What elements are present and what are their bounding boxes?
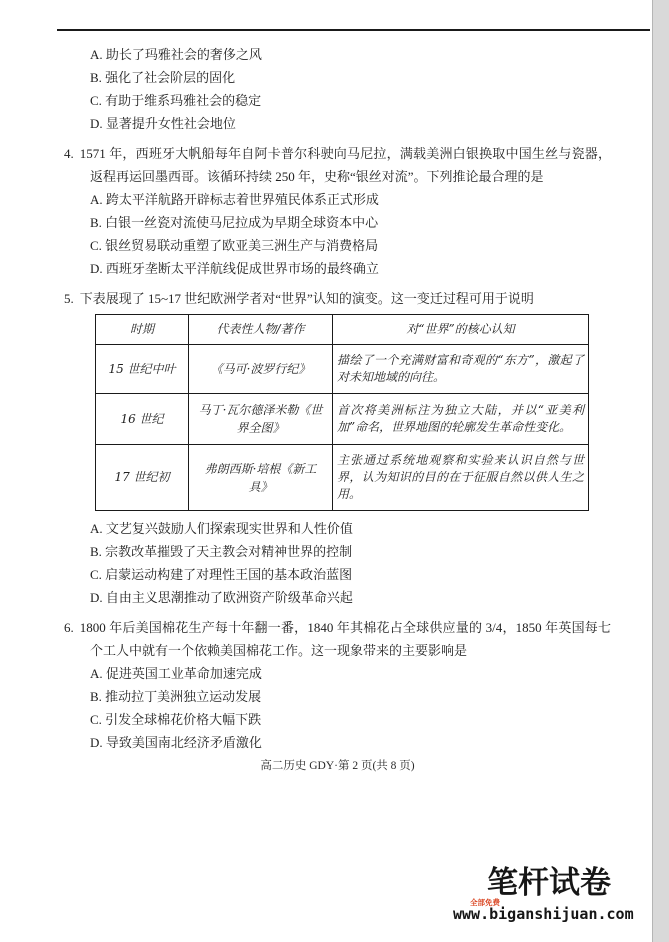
exam-paper-page: { "page": { "footer": "高二历史 GDY·第 2 页(共 … bbox=[0, 0, 669, 942]
option-b: B. 白银一丝瓷对流使马尼拉成为早期全球资本中心 bbox=[90, 211, 611, 234]
option-d: D. 显著提升女性社会地位 bbox=[90, 112, 611, 135]
option-c: C. 银丝贸易联动重塑了欧亚美三洲生产与消费格局 bbox=[90, 234, 611, 257]
question5-stem: 5.下表展现了 15~17 世纪欧洲学者对“世界”认知的演变。这一变迁过程可用于… bbox=[64, 287, 611, 310]
table-row: 15 世纪中叶 《马可·波罗行纪》 描绘了一个充满财富和奇观的“东方”，激起了对… bbox=[96, 345, 589, 394]
question4-options: A. 跨太平洋航路开辟标志着世界殖民体系正式形成 B. 白银一丝瓷对流使马尼拉成… bbox=[64, 188, 611, 280]
cell-view: 首次将美洲标注为独立大陆，并以“亚美利加”命名，世界地图的轮廓发生革命性变化。 bbox=[333, 394, 589, 445]
cell-figure: 弗朗西斯·培根《新工具》 bbox=[189, 445, 333, 511]
cell-view: 主张通过系统地观察和实验来认识自然与世界，认为知识的目的在于征服自然以供人生之用… bbox=[333, 445, 589, 511]
scan-edge-shadow bbox=[652, 0, 669, 942]
option-a: A. 文艺复兴鼓励人们探索现实世界和人性价值 bbox=[90, 517, 611, 540]
question5-options: A. 文艺复兴鼓励人们探索现实世界和人性价值 B. 宗教改革摧毁了天主教会对精神… bbox=[64, 517, 611, 609]
question6-stem: 6.1800 年后美国棉花生产每十年翻一番，1840 年其棉花占全球供应量的 3… bbox=[64, 616, 611, 662]
option-d: D. 自由主义思潮推动了欧洲资产阶级革命兴起 bbox=[90, 586, 611, 609]
question6-options: A. 促进英国工业革命加速完成 B. 推动拉丁美洲独立运动发展 C. 引发全球棉… bbox=[64, 662, 611, 754]
question-4: 4.1571 年，西班牙大帆船每年自阿卡普尔科驶向马尼拉，满载美洲白银换取中国生… bbox=[64, 142, 611, 280]
option-b: B. 推动拉丁美洲独立运动发展 bbox=[90, 685, 611, 708]
option-c: C. 启蒙运动构建了对理性王国的基本政治蓝图 bbox=[90, 563, 611, 586]
cell-period: 17 世纪初 bbox=[96, 445, 189, 511]
header-view: 对“世界”的核心认知 bbox=[333, 315, 589, 345]
question-5: 5.下表展现了 15~17 世纪欧洲学者对“世界”认知的演变。这一变迁过程可用于… bbox=[64, 287, 611, 609]
question-text: 下表展现了 15~17 世纪欧洲学者对“世界”认知的演变。这一变迁过程可用于说明 bbox=[80, 291, 534, 306]
option-d: D. 西班牙垄断太平洋航线促成世界市场的最终确立 bbox=[90, 257, 611, 280]
option-a: A. 助长了玛雅社会的奢侈之风 bbox=[90, 43, 611, 66]
option-c: C. 引发全球棉花价格大幅下跌 bbox=[90, 708, 611, 731]
question-number: 6. bbox=[64, 620, 74, 635]
cell-period: 16 世纪 bbox=[96, 394, 189, 445]
table-row: 16 世纪 马丁·瓦尔德泽米勒《世界全图》 首次将美洲标注为独立大陆，并以“亚美… bbox=[96, 394, 589, 445]
cell-figure: 《马可·波罗行纪》 bbox=[189, 345, 333, 394]
option-a: A. 跨太平洋航路开辟标志着世界殖民体系正式形成 bbox=[90, 188, 611, 211]
watermark-brand: 笔杆试卷 bbox=[487, 866, 611, 900]
option-b: B. 宗教改革摧毁了天主教会对精神世界的控制 bbox=[90, 540, 611, 563]
option-b: B. 强化了社会阶层的固化 bbox=[90, 66, 611, 89]
question3-options: A. 助长了玛雅社会的奢侈之风 B. 强化了社会阶层的固化 C. 有助于维系玛雅… bbox=[64, 43, 611, 135]
question-6: 6.1800 年后美国棉花生产每十年翻一番，1840 年其棉花占全球供应量的 3… bbox=[64, 616, 611, 754]
option-c: C. 有助于维系玛雅社会的稳定 bbox=[90, 89, 611, 112]
page-footer: 高二历史 GDY·第 2 页(共 8 页) bbox=[64, 757, 611, 773]
option-d: D. 导致美国南北经济矛盾激化 bbox=[90, 731, 611, 754]
question-number: 4. bbox=[64, 146, 74, 161]
question5-table: 时期 代表性人物/著作 对“世界”的核心认知 15 世纪中叶 《马可·波罗行纪》… bbox=[95, 314, 589, 511]
cell-period: 15 世纪中叶 bbox=[96, 345, 189, 394]
cell-figure: 马丁·瓦尔德泽米勒《世界全图》 bbox=[189, 394, 333, 445]
question-text: 1800 年后美国棉花生产每十年翻一番，1840 年其棉花占全球供应量的 3/4… bbox=[80, 620, 611, 658]
question4-stem: 4.1571 年，西班牙大帆船每年自阿卡普尔科驶向马尼拉，满载美洲白银换取中国生… bbox=[64, 142, 611, 188]
table-header-row: 时期 代表性人物/著作 对“世界”的核心认知 bbox=[96, 315, 589, 345]
question-number: 5. bbox=[64, 291, 74, 306]
watermark-url: www.biganshijuan.com bbox=[453, 905, 634, 924]
header-period: 时期 bbox=[96, 315, 189, 345]
question-text: 1571 年，西班牙大帆船每年自阿卡普尔科驶向马尼拉，满载美洲白银换取中国生丝与… bbox=[80, 146, 611, 184]
cell-view: 描绘了一个充满财富和奇观的“东方”，激起了对未知地域的向往。 bbox=[333, 345, 589, 394]
table-row: 17 世纪初 弗朗西斯·培根《新工具》 主张通过系统地观察和实验来认识自然与世界… bbox=[96, 445, 589, 511]
option-a: A. 促进英国工业革命加速完成 bbox=[90, 662, 611, 685]
page-top-rule bbox=[57, 29, 650, 31]
header-figure: 代表性人物/著作 bbox=[189, 315, 333, 345]
exam-content: A. 助长了玛雅社会的奢侈之风 B. 强化了社会阶层的固化 C. 有助于维系玛雅… bbox=[64, 43, 611, 754]
